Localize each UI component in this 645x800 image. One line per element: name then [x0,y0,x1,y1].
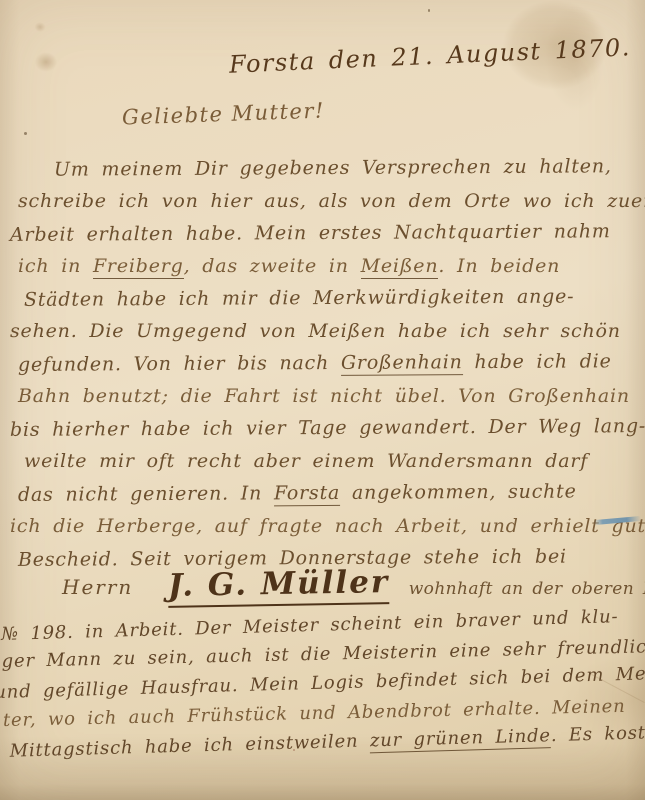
handwriting-line: Um meinem Dir gegebenes Versprechen zu h… [18,150,640,186]
ink-speck [293,749,295,751]
handwriting-line: bis hierher habe ich vier Tage gewandert… [10,410,640,446]
employer-name: J. G. Müller [168,564,390,608]
handwriting-line: Bahn benutzt; die Fahrt ist nicht übel. … [18,380,640,413]
ink-speck [24,132,27,135]
salutation: Geliebte Mutter! [122,98,326,129]
handwriting-line: sehen. Die Umgegend von Meißen habe ich … [10,315,640,348]
handwriting-line: weilte mir oft recht aber einem Wandersm… [24,445,640,478]
employer-address: wohnhaft an der oberen Neißbrücke [409,579,645,599]
letter-page: Forsta den 21. August 1870. Geliebte Mut… [0,0,645,800]
handwriting-line: gefunden. Von hier bis nach Großenhain h… [18,345,640,381]
handwriting-line: ich die Herberge, auf fragte nach Arbeit… [10,510,640,543]
ink-speck [428,9,430,12]
dateline: Forsta den 21. August 1870. [229,33,632,79]
handwriting-line: das nicht genieren. In Forsta angekommen… [18,475,640,511]
employer-prefix: Herrn [62,575,133,599]
handwriting-line: ich in Freiberg, das zweite in Meißen. I… [18,250,640,283]
letter-closing-paragraph: № 198. in Arbeit. Der Meister scheint ei… [1,604,626,764]
handwriting-line: Städten habe ich mir die Merkwürdigkeite… [24,280,640,316]
handwriting-line: schreibe ich von hier aus, als von dem O… [18,185,640,218]
letter-body-paragraph: Um meinem Dir gegebenes Versprechen zu h… [18,152,640,575]
handwriting-line: Arbeit erhalten habe. Mein erstes Nachtq… [10,215,640,251]
